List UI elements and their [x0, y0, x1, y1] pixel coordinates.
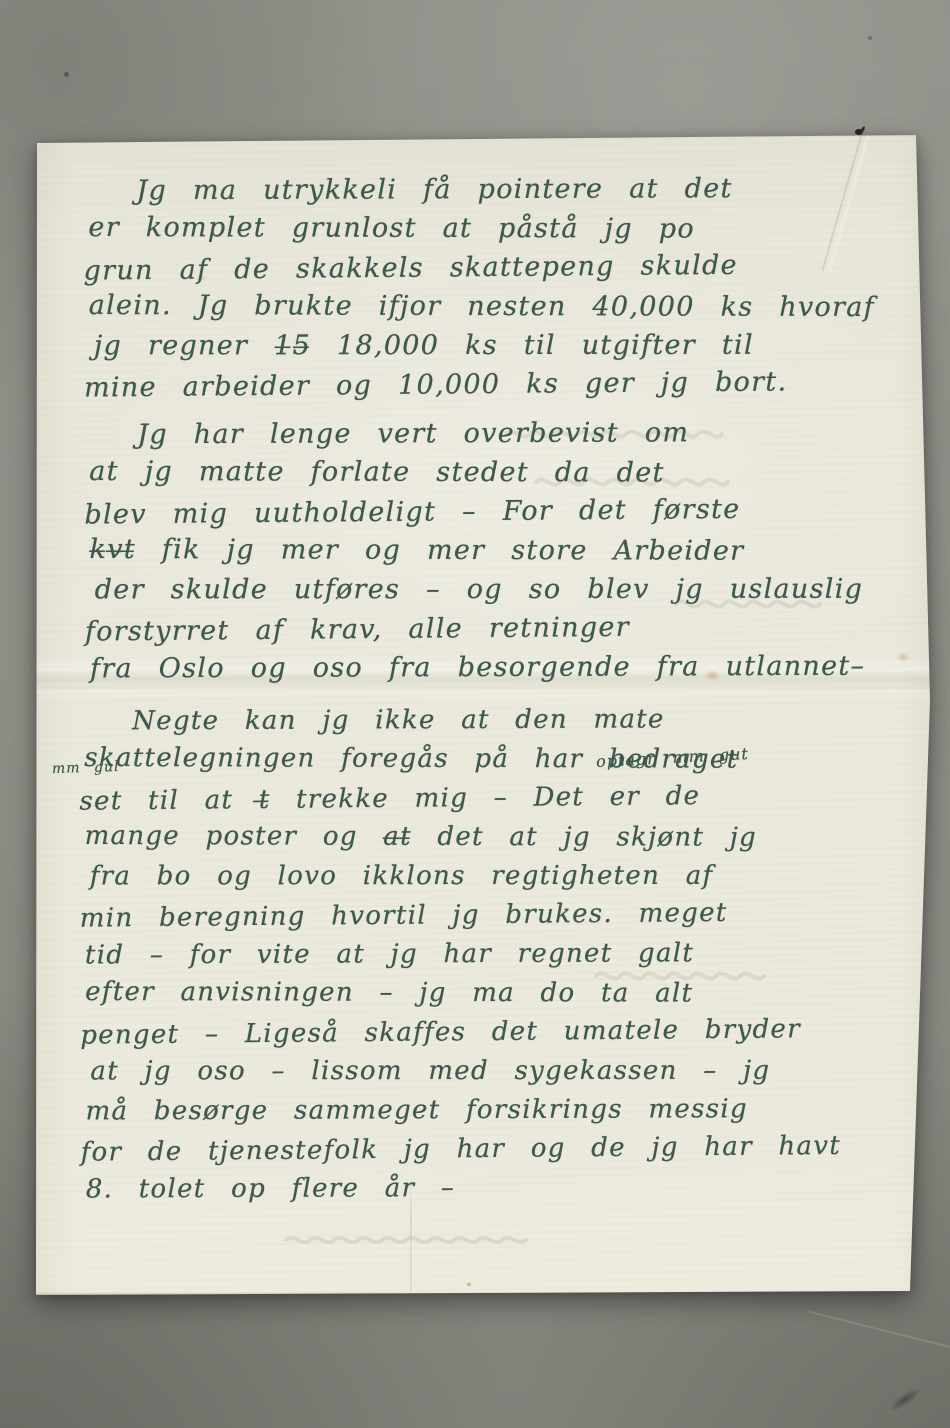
handwriting-line: mine arbeider og 10,000 ks ger jg bort. — [84, 362, 884, 408]
handwriting-line: set til at t̶ trekke mig – Det er de — [79, 776, 885, 822]
handwriting-line: er komplet grunlost at påstå jg po — [88, 208, 888, 249]
paper-stain — [896, 652, 910, 662]
background-smudge — [886, 1384, 923, 1415]
letter-paper: Jg ma utrykkeli få pointere at deter kom… — [36, 134, 934, 1295]
paragraph: Jg ma utrykkeli få pointere at deter kom… — [88, 169, 889, 406]
handwriting-line: 8. tolet op flere år – — [86, 1168, 892, 1210]
handwriting-line: fra bo og lovo ikklons regtigheten af — [90, 857, 896, 897]
background-speck — [64, 72, 69, 77]
handwriting-line: må besørge sammeget forsikrings messig — [85, 1090, 891, 1132]
handwriting-line: min beregning hvortil jg brukes. meget — [80, 893, 886, 939]
handwriting-line: at jg matte forlate stedet da det — [89, 452, 889, 493]
handwriting-line: skattelegningen foregås på har bedraget — [84, 739, 890, 780]
handwriting-line: mange poster og a̶t̶ det at jg skjønt jg — [85, 817, 891, 858]
handwriting-line: fra Oslo og oso fra besorgende fra utlan… — [90, 647, 890, 689]
interline-insertion: mm gul — [52, 759, 120, 777]
handwriting-line: forstyrret af krav, alle retninger — [85, 606, 885, 652]
photograph-of-handwritten-letter: Jg ma utrykkeli få pointere at deter kom… — [0, 0, 950, 1428]
letter-paper-wrap: Jg ma utrykkeli få pointere at deter kom… — [36, 134, 934, 1295]
handwriting-line: efter anvisningen – jg ma do ta alt — [85, 973, 891, 1014]
letter-text: Jg ma utrykkeli få pointere at deter kom… — [88, 134, 892, 1209]
paper-stain — [466, 1282, 472, 1287]
paper-edge — [36, 1292, 934, 1295]
handwriting-line: Negte kan jg ikke at den mate — [84, 700, 890, 742]
handwriting-line: Jg har lenge vert overbevist om — [89, 413, 889, 455]
handwriting-line: blev mig uutholdeligt – For det første — [84, 489, 884, 535]
handwriting-line: Jg ma utrykkeli få pointere at det — [88, 169, 888, 211]
handwriting-line: for de tjenestefolk jg har og de jg har … — [81, 1127, 887, 1173]
handwriting-line: at jg oso – lissom med sygekassen – jg — [90, 1052, 896, 1092]
handwriting-line: grun af de skakkels skattepeng skulde — [83, 245, 883, 291]
handwriting-line: penget – Ligeså skaffes det umatele bryd… — [80, 1010, 886, 1056]
fly-speck — [852, 126, 866, 138]
background-scratch — [808, 1311, 950, 1352]
paper-edge — [931, 134, 934, 1295]
background-speck — [868, 36, 872, 40]
handwriting-line: k̶v̶t̶ fik jg mer og mer store Arbeider — [90, 530, 890, 571]
paragraph: Jg har lenge vert overbevist omat jg mat… — [89, 413, 890, 689]
handwriting-line: alein. Jg brukte ifjor nesten 40,000 ks … — [89, 286, 889, 327]
handwriting-line: tid – for vite at jg har regnet galt — [85, 934, 891, 976]
handwriting-line: der skulde utføres – og so blev jg uslau… — [95, 570, 895, 610]
paragraph: Negte kan jg ikke at den mateskattelegni… — [90, 700, 892, 1210]
handwriting-line: jg regner 1̶5̶ 18,000 ks til utgifter ti… — [94, 326, 894, 366]
